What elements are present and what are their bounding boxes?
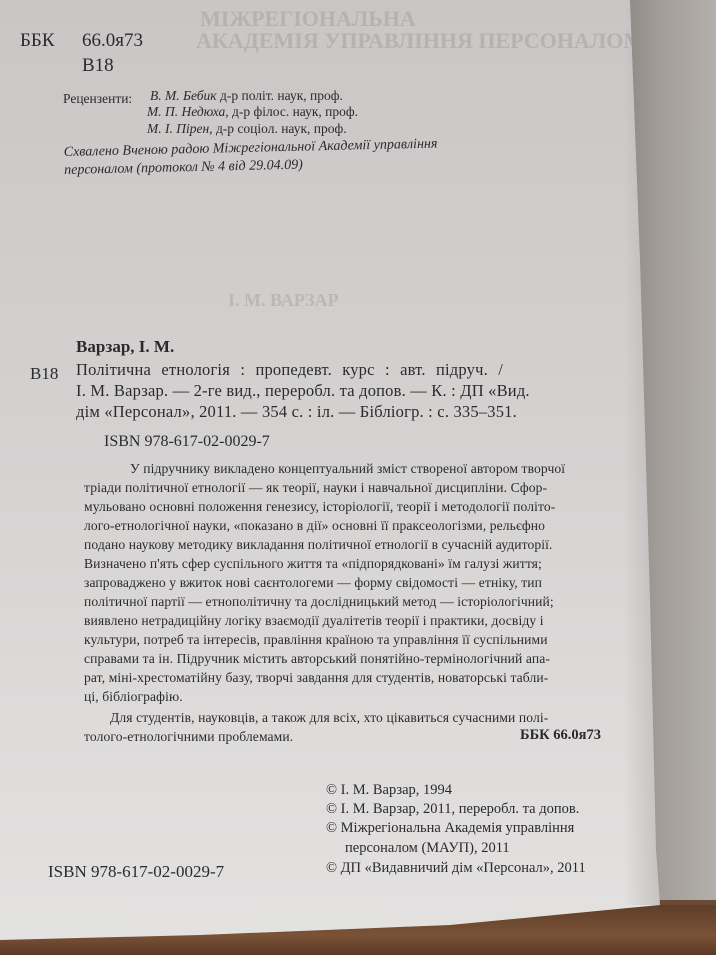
copyright-line: персоналом (МАУП), 2011 — [345, 840, 510, 857]
reviewer-name: В. М. Бебик — [150, 88, 217, 103]
abstract-line: рат, міні-хрестоматійну базу, творчі зав… — [84, 670, 548, 686]
reviewer: М. П. Недюха, д-р філос. наук, проф. — [147, 104, 358, 120]
abstract-line: Визначено п'ять сфер суспільного життя т… — [84, 556, 542, 572]
reviewers-label: Рецензенти: — [63, 91, 132, 107]
abstract-line: запроваджено у вжиток нові саєнтологеми … — [84, 575, 542, 591]
copyright-line: © І. М. Варзар, 1994 — [326, 782, 452, 799]
copyright-line: © ДП «Видавничий дім «Персонал», 2011 — [326, 860, 586, 877]
reviewer-name: М. І. Пірен, — [147, 121, 213, 136]
catalog-cutter: В18 — [30, 364, 58, 384]
copyright-line: © І. М. Варзар, 2011, переробл. та допов… — [326, 801, 579, 818]
abstract-line: справами та ін. Підручник містить авторс… — [84, 651, 550, 667]
abstract-line: мульовано основні положення генезису, іс… — [84, 499, 555, 515]
copyright-line: © Міжрегіональна Академія управління — [326, 820, 574, 837]
reviewer-title: д-р філос. наук, проф. — [232, 104, 358, 119]
reviewer-title: д-р соціол. наук, проф. — [216, 121, 347, 136]
audience-line: Для студентів, науковців, а також для вс… — [110, 710, 548, 726]
abstract-line: культури, потреб та інтересів, правління… — [84, 632, 548, 648]
abstract-line: подано наукову методику викладання політ… — [84, 537, 553, 553]
catalog-line: І. М. Варзар. — 2-ге вид., переробл. та … — [76, 381, 530, 401]
bleed-through-text: АКАДЕМІЯ УПРАВЛІННЯ ПЕРСОНАЛОМ — [196, 28, 644, 54]
catalog-line: Політична етнологія : пропедевт. курс : … — [76, 360, 503, 380]
catalog-line: дім «Персонал», 2011. — 354 с. : іл. — Б… — [76, 402, 517, 422]
reviewer: М. І. Пірен, д-р соціол. наук, проф. — [147, 121, 347, 137]
reviewer-name: М. П. Недюха, — [147, 104, 229, 119]
cutter-number: В18 — [82, 55, 114, 77]
bbk-bottom: ББК 66.0я73 — [520, 727, 601, 744]
reviewer: В. М. Бебик д-р політ. наук, проф. — [150, 88, 343, 104]
abstract-line: політичної партії — етнополітичну та дос… — [84, 594, 554, 610]
reviewer-title: д-р політ. наук, проф. — [220, 88, 343, 103]
abstract-line: лого-етнологічної науки, «показано в дії… — [84, 518, 545, 534]
bbk-label: ББК — [20, 30, 55, 52]
abstract-line: У підручнику викладено концептуальний зм… — [130, 461, 565, 477]
book-page: МІЖРЕГІОНАЛЬНА АКАДЕМІЯ УПРАВЛІННЯ ПЕРСО… — [0, 0, 660, 945]
catalog-author: Варзар, І. М. — [76, 337, 174, 357]
abstract-line: виявлено нетрадиційну логіку взаємодії д… — [84, 613, 544, 629]
bleed-through-text: І. М. ВАРЗАР — [228, 290, 339, 311]
abstract-line: тріади політичної етнології — як теорії,… — [84, 480, 547, 496]
approval-note: Схвалено Вченою радою Міжрегіональної Ак… — [64, 136, 438, 180]
audience-line: толого-етнологічними проблемами. — [84, 729, 293, 745]
abstract-line: ці, бібліографію. — [84, 689, 183, 705]
isbn-bottom: ISBN 978-617-02-0029-7 — [48, 862, 224, 882]
bbk-code: 66.0я73 — [82, 30, 143, 52]
catalog-isbn: ISBN 978-617-02-0029-7 — [104, 433, 270, 451]
